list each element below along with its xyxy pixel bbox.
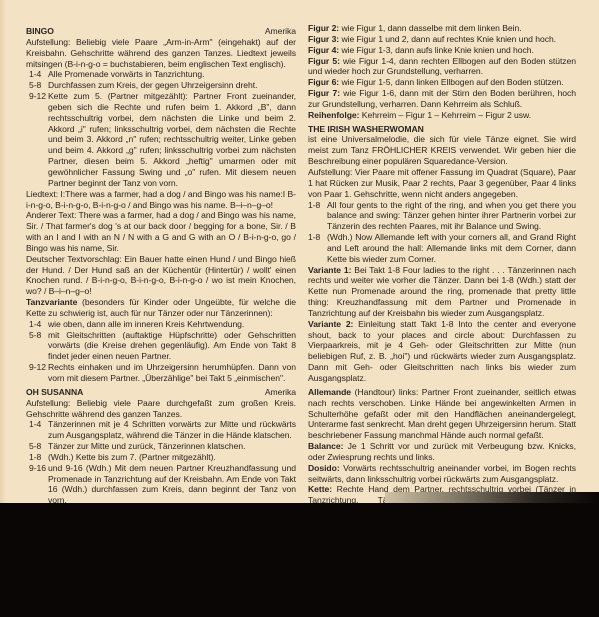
figure-text: wie Figur 1-3, dann aufs linke Knie knie…	[339, 45, 534, 55]
step-bars: 1-8	[308, 232, 327, 265]
step-text: (Wdh.) Now Allemande left with your corn…	[327, 232, 576, 265]
step-row: 1-4Tänzerinnen mit je 4 Schritten vorwär…	[26, 419, 296, 441]
variant-label: Tanzvariante	[26, 297, 77, 307]
variant-intro: Tanzvariante (besonders für Kinder oder …	[26, 297, 296, 319]
german-lyrics-text: Deutscher Textvorschlag: Ein Bauer hatte…	[26, 254, 296, 297]
dance-country: Amerika	[265, 387, 296, 398]
step-text: Kette zum 5. (Partner mitgezählt): Partn…	[48, 91, 296, 189]
step-row: 9-12Kette zum 5. (Partner mitgezählt): P…	[26, 91, 296, 189]
lyrics-text: Liedtext: I:There was a farmer, had a do…	[26, 189, 296, 211]
step-row: 5-8Durchfassen zum Kreis, der gegen Uhrz…	[26, 80, 296, 91]
figure-6: Figur 6: wie Figur 1-5, dann linken Ellb…	[308, 77, 576, 88]
figure-text: wie Figur 1 und 2, dann auf rechtes Knie…	[339, 34, 556, 44]
step-text: Rechts einhaken und im Uhrzeigersinn her…	[48, 362, 296, 384]
step-row: 9-16und 9-16 (Wdh.) Mit dem neuen Partne…	[26, 463, 296, 503]
step-row: 1-4wie oben, dann alle im inneren Kreis …	[26, 319, 296, 330]
glossary-balance: Balance: Je 1 Schritt vor und zurück mit…	[308, 441, 576, 463]
step-text: (Wdh.) Kette bis zum 7. (Partner mitgezä…	[48, 452, 296, 463]
setup-text: Aufstellung: Beliebig viele Paare „Arm-i…	[26, 37, 296, 70]
step-row: 1-8(Wdh.) Kette bis zum 7. (Partner mitg…	[26, 452, 296, 463]
step-row: 1-8(Wdh.) Now Allemande left with your c…	[308, 232, 576, 265]
figure-5: Figur 5: wie Figur 1-4, dann rechten Ell…	[308, 56, 576, 78]
glossary-term: Allemande	[308, 387, 351, 397]
dance-header-irish-washerwoman: THE IRISH WASHERWOMAN	[308, 124, 576, 135]
sequence-text: Kehrreim – Figur 1 – Kehrreim – Figur 2 …	[359, 110, 531, 120]
setup-text: Aufstellung: Vier Paare mit offener Fass…	[308, 167, 576, 200]
figure-label: Figur 5:	[308, 56, 340, 66]
step-text: All four gents to the right of the ring,…	[327, 200, 576, 233]
glossary-def: Vorwärts rechtsschultrig aneinander vorb…	[308, 463, 576, 484]
other-lyrics-text: Anderer Text: There was a farmer, had a …	[26, 210, 296, 253]
step-text: Tänzerinnen mit je 4 Schritten vorwärts …	[48, 419, 296, 441]
glossary-allemande: Allemande (Handtour) links: Partner Fron…	[308, 387, 576, 441]
step-bars: 9-12	[26, 91, 48, 189]
dance-title: THE IRISH WASHERWOMAN	[308, 124, 424, 135]
setup-text: Aufstellung: Beliebig viele Paare durchg…	[26, 398, 296, 420]
step-bars: 1-8	[308, 200, 327, 233]
step-row: 1-8All four gents to the right of the ri…	[308, 200, 576, 233]
glossary-term: Kette:	[308, 484, 332, 494]
figure-label: Figur 6:	[308, 77, 339, 87]
scan-fade-overlay	[385, 492, 599, 503]
glossary-dosido: Dosido: Vorwärts rechtsschultrig aneinan…	[308, 463, 576, 485]
dance-header-bingo: BINGO Amerika	[26, 26, 296, 37]
step-row: 9-12Rechts einhaken und im Uhrzeigersinn…	[26, 362, 296, 384]
intro-text: ist eine Universalmelodie, die sich für …	[308, 134, 576, 167]
dance-header-oh-susanna: OH SUSANNA Amerika	[26, 387, 296, 398]
step-text: Durchfassen zum Kreis, der gegen Uhrzeig…	[48, 80, 296, 91]
figure-2: Figur 2: wie Figur 1, dann dasselbe mit …	[308, 23, 576, 34]
variant-label: Variante 1:	[308, 265, 351, 275]
step-text: und 9-16 (Wdh.) Mit dem neuen Partner Kr…	[48, 463, 296, 503]
step-text: Alle Promenade vorwärts in Tanzrichtung.	[48, 69, 296, 80]
figure-text: wie Figur 1, dann dasselbe mit dem linke…	[339, 23, 521, 33]
figure-text: wie Figur 1-5, dann linken Ellbogen auf …	[339, 77, 563, 87]
step-bars: 5-8	[26, 80, 48, 91]
left-column: BINGO Amerika Aufstellung: Beliebig viel…	[26, 23, 296, 503]
variant-1: Variante 1: Bei Takt 1-8 Four ladies to …	[308, 265, 576, 319]
glossary-term: Dosido:	[308, 463, 340, 473]
sequence: Reihenfolge: Kehrreim – Figur 1 – Kehrre…	[308, 110, 576, 121]
figure-4: Figur 4: wie Figur 1-3, dann aufs linke …	[308, 45, 576, 56]
figure-label: Figur 4:	[308, 45, 339, 55]
variant-label: Variante 2:	[308, 319, 353, 329]
step-bars: 1-4	[26, 419, 48, 441]
dance-title: BINGO	[26, 26, 54, 37]
glossary-term: Balance:	[308, 441, 343, 451]
step-bars: 9-16	[26, 463, 48, 503]
figure-text: wie Figur 1-6, dann mit der Stirn den Bo…	[308, 88, 576, 109]
sequence-label: Reihenfolge:	[308, 110, 359, 120]
figure-label: Figur 2:	[308, 23, 339, 33]
step-text: Tänzer zur Mitte und zurück, Tänzerinnen…	[48, 441, 296, 452]
step-row: 5-8Tänzer zur Mitte und zurück, Tänzerin…	[26, 441, 296, 452]
step-row: 5-8mit Gleitschritten (auftaktige Hüpfsc…	[26, 330, 296, 363]
step-bars: 9-12	[26, 362, 48, 384]
step-bars: 1-8	[26, 452, 48, 463]
figure-text: wie Figur 1-4, dann rechten Ellbogen auf…	[308, 56, 576, 77]
glossary-def: Je 1 Schritt vor und zurück mit Verbeugu…	[308, 441, 576, 462]
dance-country: Amerika	[265, 26, 296, 37]
step-text: mit Gleitschritten (auftaktige Hüpfschri…	[48, 330, 296, 363]
step-bars: 5-8	[26, 330, 48, 363]
scanned-page: BINGO Amerika Aufstellung: Beliebig viel…	[0, 0, 599, 503]
dance-title: OH SUSANNA	[26, 387, 83, 398]
figure-label: Figur 7:	[308, 88, 340, 98]
step-bars: 1-4	[26, 319, 48, 330]
step-bars: 5-8	[26, 441, 48, 452]
step-row: 1-4Alle Promenade vorwärts in Tanzrichtu…	[26, 69, 296, 80]
variant-2: Variante 2: Einleitung statt Takt 1-8 In…	[308, 319, 576, 384]
figure-7: Figur 7: wie Figur 1-6, dann mit der Sti…	[308, 88, 576, 110]
figure-label: Figur 3:	[308, 34, 339, 44]
step-text: wie oben, dann alle im inneren Kreis Keh…	[48, 319, 296, 330]
step-bars: 1-4	[26, 69, 48, 80]
figure-3: Figur 3: wie Figur 1 und 2, dann auf rec…	[308, 34, 576, 45]
right-column: Figur 2: wie Figur 1, dann dasselbe mit …	[308, 23, 576, 503]
